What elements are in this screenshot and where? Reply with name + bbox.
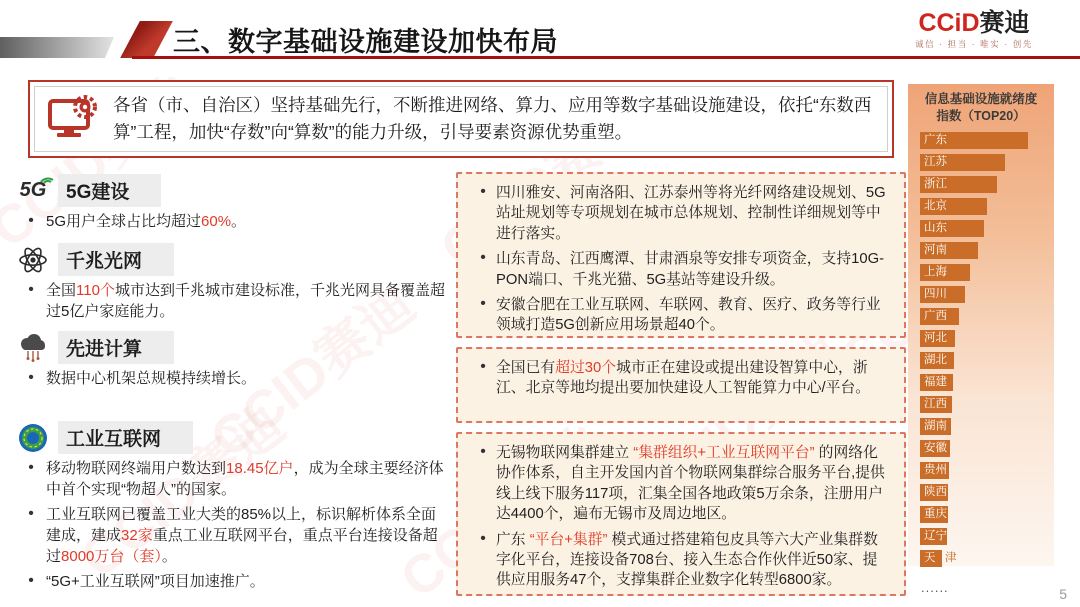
text-segment: 60%: [201, 213, 231, 230]
text-segment: 全国: [46, 282, 76, 299]
section-title: 先进计算: [58, 331, 174, 364]
bullet-text: 广东 “平台+集群” 模式通过搭建箱包皮具等六大产业集群数字化平台，连接设备70…: [496, 530, 892, 591]
bullet-item: •四川雅安、河南洛阳、江苏泰州等将光纤网络建设规划、5G站址规划等专项规划在城市…: [470, 183, 892, 244]
chart-title-line1: 信息基础设施就绪度: [908, 91, 1054, 108]
chart-bar: 四川: [920, 286, 965, 303]
bullet-item: •工业互联网已覆盖工业大类的85%以上，标识解析体系全面建成，建成32家重点工业…: [16, 505, 446, 567]
chart-bar: 上海: [920, 264, 970, 281]
chart-bar-row: 四川: [920, 286, 1054, 308]
chart-bar-row: 江苏: [920, 154, 1054, 176]
text-segment: 无锡物联网集群建立: [496, 445, 633, 461]
chart-bar-row: 重庆: [920, 506, 1054, 528]
bullet-text: 山东青岛、江西鹰潭、甘肃酒泉等安排专项资金，支持10G-PON端口、千兆光猫、5…: [496, 249, 892, 290]
chart-bar-row: 广东: [920, 132, 1054, 154]
chart-bar: 江西: [920, 396, 952, 413]
left-section-4: 工业互联网•移动物联网终端用户数达到18.45亿户，成为全球主要经济体中首个实现…: [16, 421, 446, 598]
text-segment: 四川雅安、河南洛阳、江苏泰州等将光纤网络建设规划、5G站址规划等专项规划在城市总…: [496, 185, 886, 242]
logo-brand: CCiD赛迪: [904, 10, 1044, 36]
bullet-dot: •: [470, 443, 496, 525]
bullet-dot: •: [470, 183, 496, 244]
bullet-text: 5G用户全球占比均超过60%。: [46, 212, 446, 233]
bullet-dot: •: [470, 530, 496, 591]
chart-bar: 重庆: [920, 506, 948, 523]
chart-title-line2: 指数（TOP20）: [908, 108, 1054, 125]
monitor-gear-icon: [47, 94, 99, 145]
section-header: 5G5G建设: [16, 174, 446, 207]
bullet-text: 安徽合肥在工业互联网、车联网、教育、医疗、政务等行业领域打造5G创新应用场景超4…: [496, 295, 892, 336]
text-segment: 山东青岛、江西鹰潭、甘肃酒泉等安排专项资金，支持10G-PON端口、千兆光猫、5…: [496, 251, 884, 287]
bullet-text: 全国已有超过30个城市正在建设或提出建设智算中心，浙江、北京等地均提出要加快建设…: [496, 358, 892, 399]
bullet-item: •数据中心机架总规模持续增长。: [16, 369, 446, 390]
chart-bars: 广东江苏浙江北京山东河南上海四川广西河北湖北福建江西湖南安徽贵州陕西重庆辽宁天津: [908, 132, 1054, 572]
section-bullets: •移动物联网终端用户数达到18.45亿户，成为全球主要经济体中首个实现“物超人”…: [16, 459, 446, 593]
text-segment: 数据中心机架总规模持续增长。: [46, 370, 256, 387]
section-title: 5G建设: [58, 174, 161, 207]
chart-bar: 河南: [920, 242, 978, 259]
chart-bar-row: 山东: [920, 220, 1054, 242]
chart-bar: 河北: [920, 330, 955, 347]
chart-bar-row: 河南: [920, 242, 1054, 264]
section-bullets: •数据中心机架总规模持续增长。: [16, 369, 446, 390]
logo-tagline: 诚信 · 担当 · 唯实 · 创先: [904, 38, 1044, 50]
chart-bar-row: 江西: [920, 396, 1054, 418]
left-section-3: 先进计算•数据中心机架总规模持续增长。: [16, 331, 446, 395]
section-bullets: •全国110个城市达到千兆城市建设标准，千兆光网具备覆盖超过5亿户家庭能力。: [16, 281, 446, 322]
bullet-item: •山东青岛、江西鹰潭、甘肃酒泉等安排专项资金，支持10G-PON端口、千兆光猫、…: [470, 249, 892, 290]
ccid-logo: CCiD赛迪 诚信 · 担当 · 唯实 · 创先: [904, 10, 1044, 50]
chart-bar-row: 陕西: [920, 484, 1054, 506]
chart-bar-row: 河北: [920, 330, 1054, 352]
text-segment: “平台+集群”: [530, 532, 608, 548]
chart-bar: 山东: [920, 220, 984, 237]
logo-brand-black: 赛迪: [980, 9, 1030, 37]
chart-bar-row: 湖北: [920, 352, 1054, 374]
bullet-dot: •: [470, 249, 496, 290]
chart-ellipsis: ......: [908, 580, 1054, 595]
section-title: 工业互联网: [58, 421, 193, 454]
chart-bar: 天: [920, 550, 942, 567]
middle-box-computing-centers: •全国已有超过30个城市正在建设或提出建设智算中心，浙江、北京等地均提出要加快建…: [456, 347, 906, 423]
bullet-text: 移动物联网终端用户数达到18.45亿户，成为全球主要经济体中首个实现“物超人”的…: [46, 459, 446, 500]
bullet-dot: •: [16, 459, 46, 500]
logo-brand-red: CCiD: [918, 9, 979, 37]
page-number: 5: [1059, 586, 1067, 602]
text-segment: 110个: [76, 282, 115, 299]
chart-bar: 福建: [920, 374, 953, 391]
chart-bar-row: 上海: [920, 264, 1054, 286]
section-header: 千兆光网: [16, 243, 446, 276]
text-segment: 18.45亿户: [226, 460, 294, 477]
section-title: 千兆光网: [58, 243, 174, 276]
text-segment: “集群组织+工业互联网平台”: [633, 445, 814, 461]
intro-box: 各省（市、自治区）坚持基础先行，不断推进网络、算力、应用等数字基础设施建设，依托…: [28, 80, 894, 158]
chart-bar: 陕西: [920, 484, 948, 501]
bullet-dot: •: [470, 295, 496, 336]
bullet-dot: •: [16, 281, 46, 322]
cloud-computing-icon: [16, 332, 50, 363]
bullet-item: •5G用户全球占比均超过60%。: [16, 212, 446, 233]
left-section-2: 千兆光网•全国110个城市达到千兆城市建设标准，千兆光网具备覆盖超过5亿户家庭能…: [16, 243, 446, 327]
chart-bar-row: 湖南: [920, 418, 1054, 440]
chart-bar-row: 北京: [920, 198, 1054, 220]
chart-title: 信息基础设施就绪度 指数（TOP20）: [908, 84, 1054, 125]
chart-bar: 辽宁: [920, 528, 947, 545]
chart-bar: 安徽: [920, 440, 950, 457]
chart-bar-row: 贵州: [920, 462, 1054, 484]
text-segment: 。: [162, 548, 177, 565]
text-segment: 32家: [121, 527, 153, 544]
bullet-item: •移动物联网终端用户数达到18.45亿户，成为全球主要经济体中首个实现“物超人”…: [16, 459, 446, 500]
header-red-parallelogram: [120, 21, 173, 58]
section-header: 先进计算: [16, 331, 446, 364]
chart-bar: 湖北: [920, 352, 954, 369]
chart-bar-row: 辽宁: [920, 528, 1054, 550]
chart-bar: 浙江: [920, 176, 997, 193]
page-title: 三、数字基础设施建设加快布局: [173, 20, 558, 59]
text-segment: “5G+工业互联网”项目加速推广。: [46, 573, 265, 590]
text-segment: 超过30个: [555, 360, 616, 376]
slide: CCID赛迪 CCID赛迪 CCID赛迪 CCID赛迪 CCID赛迪 CCID赛…: [0, 0, 1080, 607]
section-header: 工业互联网: [16, 421, 446, 454]
header-gray-bar: [0, 37, 114, 58]
bullet-item: •“5G+工业互联网”项目加速推广。: [16, 572, 446, 593]
chart-bar: 贵州: [920, 462, 949, 479]
bullet-text: 数据中心机架总规模持续增长。: [46, 369, 446, 390]
5g-icon: 5G: [16, 179, 50, 202]
bullet-text: 四川雅安、河南洛阳、江苏泰州等将光纤网络建设规划、5G站址规划等专项规划在城市总…: [496, 183, 892, 244]
bullet-item: •广东 “平台+集群” 模式通过搭建箱包皮具等六大产业集群数字化平台，连接设备7…: [470, 530, 892, 591]
bullet-item: •无锡物联网集群建立 “集群组织+工业互联网平台” 的网络化协作体系，自主开发国…: [470, 443, 892, 525]
header-underline: [132, 56, 1080, 59]
text-segment: 移动物联网终端用户数达到: [46, 460, 226, 477]
text-segment: 安徽合肥在工业互联网、车联网、教育、医疗、政务等行业领域打造5G创新应用场景超4…: [496, 297, 881, 333]
text-segment: 。: [231, 213, 246, 230]
chart-bar: 广西: [920, 308, 959, 325]
chart-bar: 广东: [920, 132, 1028, 149]
section-bullets: •5G用户全球占比均超过60%。: [16, 212, 446, 233]
bullet-dot: •: [16, 505, 46, 567]
bullet-text: 工业互联网已覆盖工业大类的85%以上，标识解析体系全面建成，建成32家重点工业互…: [46, 505, 446, 567]
industrial-internet-icon: [16, 423, 50, 453]
chart-bar-row: 浙江: [920, 176, 1054, 198]
intro-text: 各省（市、自治区）坚持基础先行，不断推进网络、算力、应用等数字基础设施建设，依托…: [113, 92, 875, 146]
bullet-text: 全国110个城市达到千兆城市建设标准，千兆光网具备覆盖超过5亿户家庭能力。: [46, 281, 446, 322]
text-segment: 全国已有: [496, 360, 555, 376]
chart-bar-row: 天津: [920, 550, 1054, 572]
bullet-dot: •: [16, 369, 46, 390]
bullet-item: •全国已有超过30个城市正在建设或提出建设智算中心，浙江、北京等地均提出要加快建…: [470, 358, 892, 399]
chart-bar-label-overflow: 津: [945, 550, 957, 567]
chart-bar: 湖南: [920, 418, 951, 435]
chart-bar: 北京: [920, 198, 987, 215]
text-segment: 5G用户全球占比均超过: [46, 213, 201, 230]
intro-box-inner: 各省（市、自治区）坚持基础先行，不断推进网络、算力、应用等数字基础设施建设，依托…: [34, 86, 888, 152]
chart-bar-row: 安徽: [920, 440, 1054, 462]
bullet-text: “5G+工业互联网”项目加速推广。: [46, 572, 446, 593]
middle-box-industrial-clusters: •无锡物联网集群建立 “集群组织+工业互联网平台” 的网络化协作体系，自主开发国…: [456, 432, 906, 596]
bullet-dot: •: [16, 212, 46, 233]
text-segment: 广东: [496, 532, 530, 548]
bullet-dot: •: [16, 572, 46, 593]
text-segment: 8000万台（套）: [61, 548, 162, 565]
bullet-text: 无锡物联网集群建立 “集群组织+工业互联网平台” 的网络化协作体系，自主开发国内…: [496, 443, 892, 525]
atom-icon: [16, 245, 50, 275]
chart-bar-row: 福建: [920, 374, 1054, 396]
readiness-index-chart: 信息基础设施就绪度 指数（TOP20） 广东江苏浙江北京山东河南上海四川广西河北…: [908, 84, 1054, 566]
bullet-item: •全国110个城市达到千兆城市建设标准，千兆光网具备覆盖超过5亿户家庭能力。: [16, 281, 446, 322]
bullet-item: •安徽合肥在工业互联网、车联网、教育、医疗、政务等行业领域打造5G创新应用场景超…: [470, 295, 892, 336]
middle-box-network-planning: •四川雅安、河南洛阳、江苏泰州等将光纤网络建设规划、5G站址规划等专项规划在城市…: [456, 172, 906, 338]
chart-bar-row: 广西: [920, 308, 1054, 330]
chart-bar: 江苏: [920, 154, 1005, 171]
bullet-dot: •: [470, 358, 496, 399]
left-section-1: 5G5G建设•5G用户全球占比均超过60%。: [16, 174, 446, 238]
